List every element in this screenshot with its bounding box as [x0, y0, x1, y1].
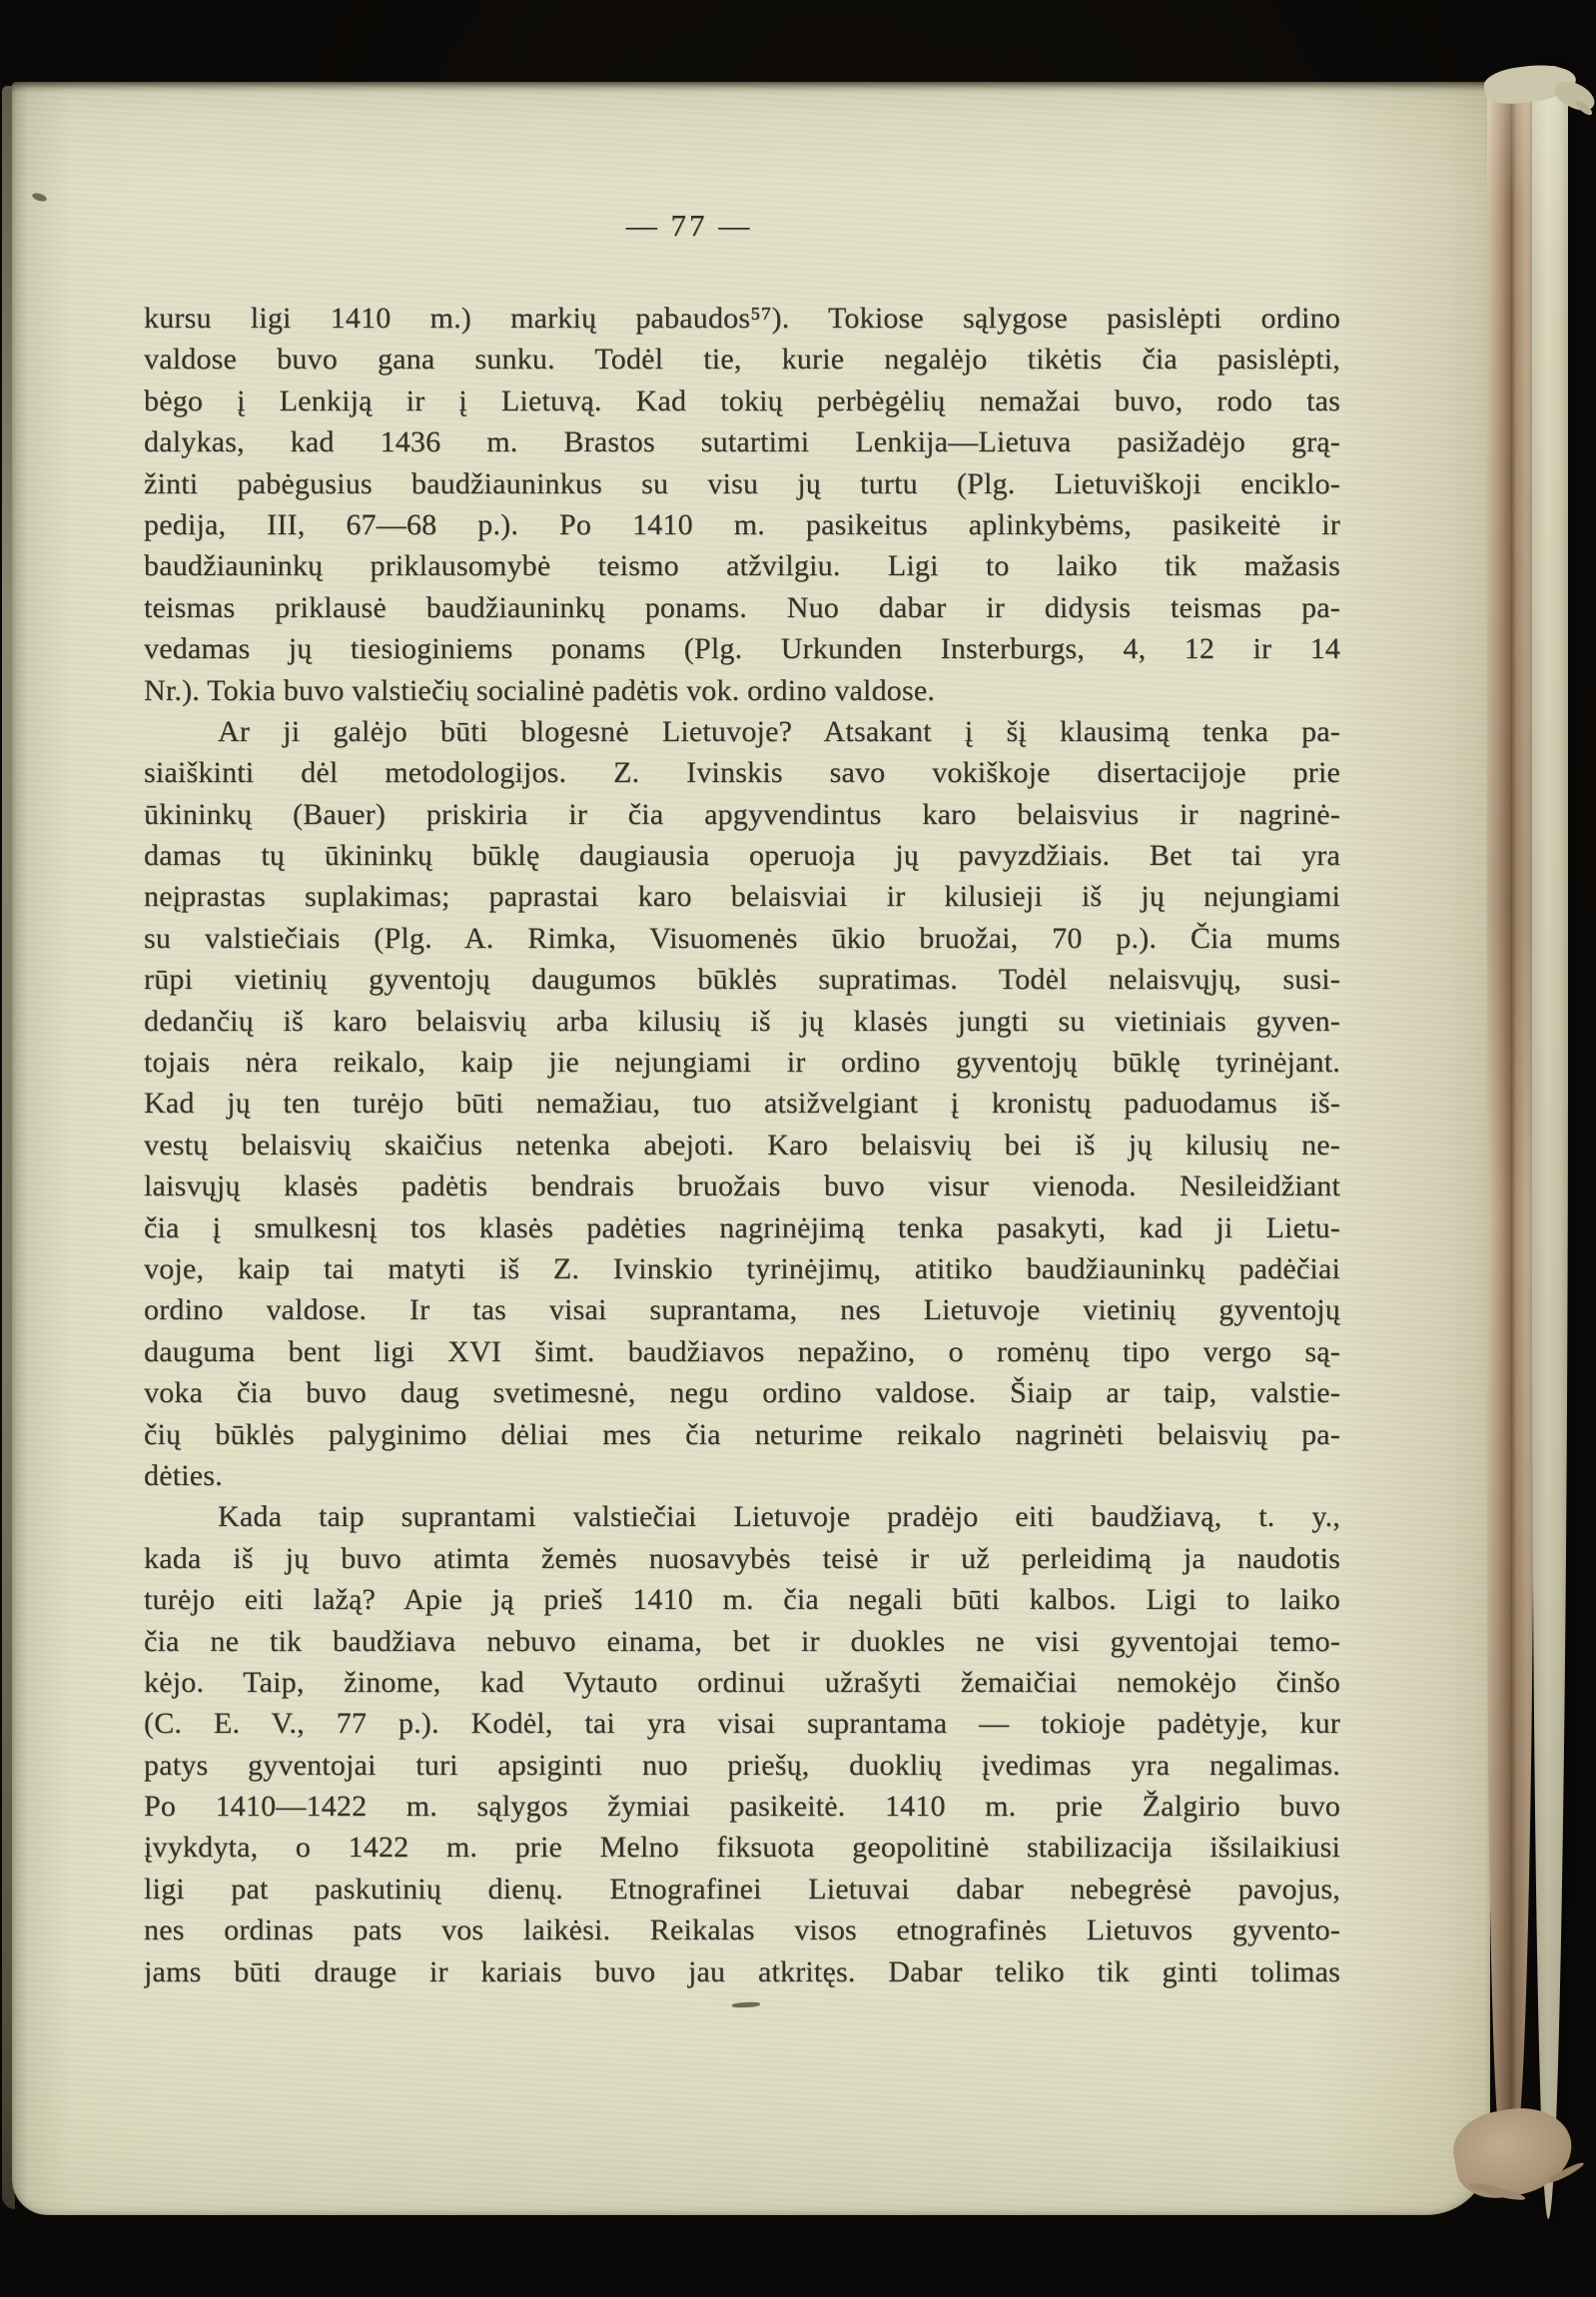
- text-line: Kada taip suprantami valstiečiai Lietuvo…: [144, 1496, 1340, 1537]
- text-line: dauguma bent ligi XVI šimt. baudžiavos n…: [144, 1331, 1340, 1372]
- text-line: teismas priklausė baudžiauninkų ponams. …: [144, 587, 1340, 628]
- text-line: čia ne tik baudžiava nebuvo einama, bet …: [144, 1621, 1340, 1662]
- text-line: valdose buvo gana sunku. Todėl tie, kuri…: [144, 339, 1340, 380]
- text-line: laisvųjų klasės padėtis bendrais bruožai…: [144, 1165, 1340, 1206]
- text-line: ordino valdose. Ir tas visai suprantama,…: [144, 1289, 1340, 1330]
- text-line: dėties.: [144, 1455, 1340, 1496]
- text-line: vedamas jų tiesioginiems ponams (Plg. Ur…: [144, 628, 1340, 669]
- text-line: su valstiečiais (Plg. A. Rimka, Visuomen…: [144, 918, 1340, 959]
- paragraph: Kada taip suprantami valstiečiai Lietuvo…: [144, 1496, 1340, 1992]
- text-line: (C. E. V., 77 p.). Kodėl, tai yra visai …: [144, 1703, 1340, 1744]
- book-cover-cloth-edge: [1532, 66, 1568, 2219]
- text-line: voka čia buvo daug svetimesnė, negu ordi…: [144, 1372, 1340, 1413]
- text-line: kursu ligi 1410 m.) markių pabaudos⁵⁷). …: [144, 298, 1340, 339]
- text-line: Nr.). Tokia buvo valstiečių socialinė pa…: [144, 670, 1340, 711]
- text-line: čių būklės palyginimo dėliai mes čia net…: [144, 1414, 1340, 1455]
- paragraph: kursu ligi 1410 m.) markių pabaudos⁵⁷). …: [144, 298, 1340, 711]
- paragraph: Ar ji galėjo būti blogesnė Lietuvoje? At…: [144, 711, 1340, 1496]
- text-line: dedančių iš karo belaisvių arba kilusių …: [144, 1001, 1340, 1042]
- text-line: ūkininkų (Bauer) priskiria ir čia apgyve…: [144, 794, 1340, 835]
- book-fore-edge-pages: [1487, 84, 1534, 2143]
- page-number: — 77 —: [91, 208, 1287, 244]
- text-line: rūpi vietinių gyventojų daugumos būklės …: [144, 959, 1340, 1000]
- text-line: jams būti drauge ir kariais buvo jau atk…: [144, 1951, 1340, 1992]
- scanned-book-photo: — 77 — kursu ligi 1410 m.) markių pabaud…: [0, 0, 1596, 2297]
- text-line: čia į smulkesnį tos klasės padėties nagr…: [144, 1207, 1340, 1248]
- text-line: žinti pabėgusius baudžiauninkus su visu …: [144, 463, 1340, 504]
- text-line: damas tų ūkininkų būklę daugiausia operu…: [144, 835, 1340, 876]
- text-line: įvykdyta, o 1422 m. prie Melno fiksuota …: [144, 1827, 1340, 1868]
- text-line: kėjo. Taip, žinome, kad Vytauto ordinui …: [144, 1662, 1340, 1703]
- text-line: vestų belaisvių skaičius netenka abejoti…: [144, 1125, 1340, 1165]
- text-line: baudžiauninkų priklausomybė teismo atžvi…: [144, 545, 1340, 586]
- text-line: dalykas, kad 1436 m. Brastos sutartimi L…: [144, 421, 1340, 462]
- text-line: pedija, III, 67—68 p.). Po 1410 m. pasik…: [144, 504, 1340, 545]
- text-line: nes ordinas pats vos laikėsi. Reikalas v…: [144, 1910, 1340, 1950]
- text-line: patys gyventojai turi apsiginti nuo prie…: [144, 1745, 1340, 1786]
- book-page: — 77 — kursu ligi 1410 m.) markių pabaud…: [12, 82, 1490, 2215]
- text-line: siaiškinti dėl metodologijos. Z. Ivinski…: [144, 752, 1340, 793]
- text-line: Po 1410—1422 m. sąlygos žymiai pasikeitė…: [144, 1786, 1340, 1827]
- text-line: Kad jų ten turėjo būti nemažiau, tuo ats…: [144, 1083, 1340, 1124]
- text-line: ligi pat paskutinių dienų. Etnografinei …: [144, 1869, 1340, 1910]
- print-artifact-dash: [732, 2001, 760, 2007]
- text-line: bėgo į Lenkiją ir į Lietuvą. Kad tokių p…: [144, 381, 1340, 421]
- text-line: Ar ji galėjo būti blogesnė Lietuvoje? At…: [144, 711, 1340, 752]
- text-line: kada iš jų buvo atimta žemės nuosavybės …: [144, 1538, 1340, 1579]
- ink-speck: [31, 192, 47, 203]
- text-line: turėjo eiti lažą? Apie ją prieš 1410 m. …: [144, 1579, 1340, 1620]
- text-line: voje, kaip tai matyti iš Z. Ivinskio tyr…: [144, 1248, 1340, 1289]
- text-line: tojais nėra reikalo, kaip jie nejungiami…: [144, 1042, 1340, 1083]
- page-body: kursu ligi 1410 m.) markių pabaudos⁵⁷). …: [144, 298, 1340, 1992]
- text-line: neįprastas suplakimas; paprastai karo be…: [144, 876, 1340, 917]
